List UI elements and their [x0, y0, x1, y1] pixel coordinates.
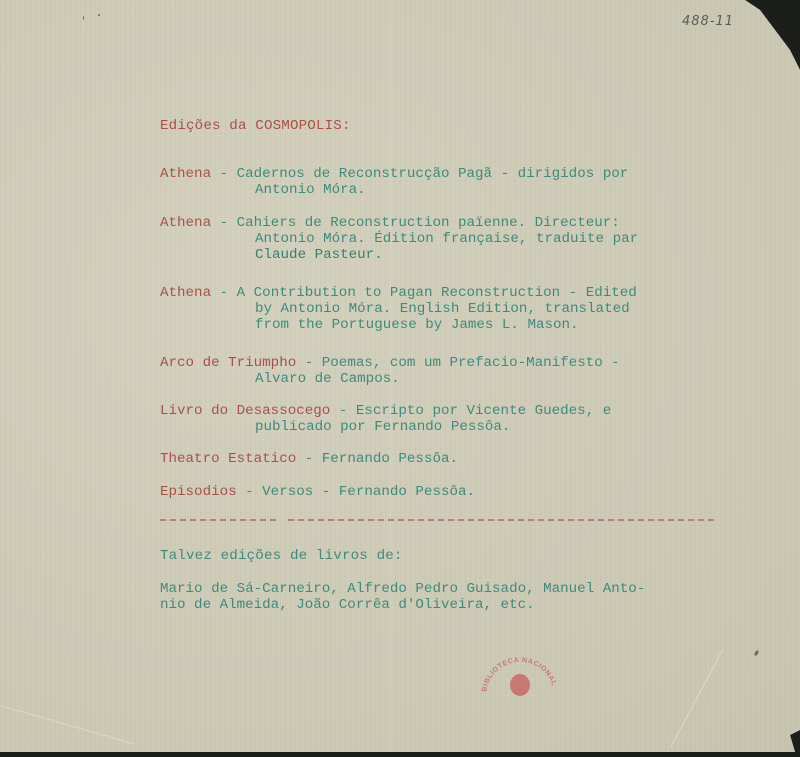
edition-title: Episodios: [160, 484, 237, 500]
divider-segment: [288, 519, 715, 521]
edition-entry: Athena - A Contribution to Pagan Reconst…: [160, 285, 637, 333]
edition-title: Athena: [160, 215, 211, 231]
edition-title: Arco de Triumpho: [160, 355, 296, 371]
edition-entry: Athena - Cadernos de Reconstrucção Pagã …: [160, 166, 628, 198]
edition-entry: Livro do Desassocego - Escripto por Vice…: [160, 403, 611, 435]
document-page: 488-11 Edições da COSMOPOLIS: Athena - C…: [0, 0, 800, 752]
edition-description: - Cahiers de Reconstruction païenne. Dir…: [211, 215, 620, 231]
edition-description: - Fernando Pessôa.: [296, 451, 458, 467]
stamp-seal-icon: [510, 674, 530, 696]
edition-entry: Arco de Triumpho - Poemas, com um Prefac…: [160, 355, 620, 387]
edition-description-cont: Antonio Móra. Édition française, traduit…: [160, 231, 638, 247]
edition-title: Livro do Desassocego: [160, 403, 330, 419]
paper-crease: [0, 705, 135, 745]
edition-description-cont: by Antonio Móra. English Edition, transl…: [160, 301, 637, 317]
edition-title: Theatro Estatico: [160, 451, 296, 467]
edition-description: - Versos - Fernando Pessôa.: [237, 484, 475, 500]
library-stamp: BIBLIOTECA NACIONAL: [480, 648, 560, 703]
authors-line: nio de Almeida, João Corrêa d'Oliveira, …: [160, 597, 645, 613]
edition-title: Athena: [160, 285, 211, 301]
paper-speck: [754, 650, 760, 657]
edition-entry: Episodios - Versos - Fernando Pessôa.: [160, 484, 475, 500]
edition-description-cont: publicado por Fernando Pessôa.: [160, 419, 611, 435]
edition-description-cont: Antonio Móra.: [160, 182, 628, 198]
edition-description-cont: Alvaro de Campos.: [160, 371, 620, 387]
edition-description: - Cadernos de Reconstrucção Pagã - dirig…: [211, 166, 628, 182]
edition-description: - A Contribution to Pagan Reconstruction…: [211, 285, 637, 301]
paper-speck: [98, 14, 100, 16]
secondary-heading: Talvez edições de livros de:: [160, 548, 403, 564]
paper-speck: [83, 16, 84, 20]
edition-description-cont: Claude Pasteur.: [160, 247, 638, 263]
edition-entry: Athena - Cahiers de Reconstruction païen…: [160, 215, 638, 263]
document-heading: Edições da COSMOPOLIS:: [160, 118, 351, 134]
authors-line: Mario de Sá-Carneiro, Alfredo Pedro Guis…: [160, 581, 645, 597]
authors-list: Mario de Sá-Carneiro, Alfredo Pedro Guis…: [160, 581, 645, 613]
divider-segment: [160, 519, 278, 521]
edition-description: - Escripto por Vicente Guedes, e: [330, 403, 611, 419]
edition-description: - Poemas, com um Prefacio-Manifesto -: [296, 355, 620, 371]
edition-description-cont: from the Portuguese by James L. Mason.: [160, 317, 637, 333]
edition-entry: Theatro Estatico - Fernando Pessôa.: [160, 451, 458, 467]
edition-title: Athena: [160, 166, 211, 182]
paper-crease: [670, 650, 723, 748]
dashed-divider: [160, 519, 715, 522]
catalog-number: 488-11: [682, 14, 734, 29]
